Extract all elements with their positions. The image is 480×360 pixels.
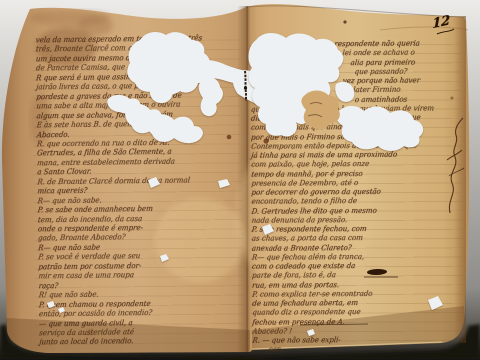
white-chips (47, 177, 443, 336)
page-number-flourish (437, 29, 454, 34)
manuscript-photo: vela da marca esperado em todos mais de … (0, 0, 480, 360)
paper-island (301, 91, 339, 130)
worm-holes-right (249, 33, 424, 151)
damage-overlay (0, 0, 480, 360)
margin-signature (447, 118, 464, 213)
worm-holes-left (107, 32, 260, 143)
ink-corrections (300, 269, 398, 325)
